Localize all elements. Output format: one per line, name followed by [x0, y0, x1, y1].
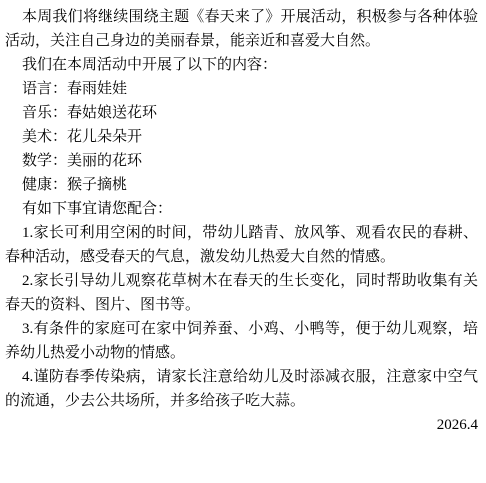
document-date: 2026.4 — [5, 413, 478, 437]
subject-label: 语言 — [22, 81, 52, 97]
subject-line-music: 音乐：春姑娘送花环 — [5, 101, 478, 125]
cooperation-item-2: 2.家长引导幼儿观察花草树木在春天的生长变化，同时帮助收集有关春天的资料、图片、… — [5, 269, 478, 317]
subject-colon: ： — [52, 105, 67, 121]
cooperation-item-4: 4.谨防春季传染病，请家长注意给幼儿及时添减衣服，注意家中空气的流通，少去公共场… — [5, 365, 478, 413]
subject-title: 猴子摘桃 — [67, 177, 127, 193]
subject-colon: ： — [52, 81, 67, 97]
subject-label: 数学 — [22, 153, 52, 169]
subject-colon: ： — [52, 129, 67, 145]
subject-label: 美术 — [22, 129, 52, 145]
subject-colon: ： — [52, 177, 67, 193]
subject-title: 春姑娘送花环 — [67, 105, 157, 121]
weekly-notice-document: 本周我们将继续围绕主题《春天来了》开展活动，积极参与各种体验活动，关注自己身边的… — [0, 0, 486, 483]
subject-label: 健康 — [22, 177, 52, 193]
subject-line-art: 美术：花儿朵朵开 — [5, 125, 478, 149]
subject-line-language: 语言：春雨娃娃 — [5, 77, 478, 101]
cooperation-intro-line: 有如下事宜请您配合： — [5, 197, 478, 221]
subject-title: 美丽的花环 — [67, 153, 142, 169]
cooperation-item-3: 3.有条件的家庭可在家中饲养蚕、小鸡、小鸭等，便于幼儿观察，培养幼儿热爱小动物的… — [5, 317, 478, 365]
content-intro-line: 我们在本周活动中开展了以下的内容： — [5, 53, 478, 77]
subject-colon: ： — [52, 153, 67, 169]
cooperation-item-1: 1.家长可利用空闲的时间，带幼儿踏青、放风筝、观看农民的春耕、春种活动，感受春天… — [5, 221, 478, 269]
subject-label: 音乐 — [22, 105, 52, 121]
intro-paragraph: 本周我们将继续围绕主题《春天来了》开展活动，积极参与各种体验活动，关注自己身边的… — [5, 5, 478, 53]
subject-title: 春雨娃娃 — [67, 81, 127, 97]
subject-line-math: 数学：美丽的花环 — [5, 149, 478, 173]
subject-title: 花儿朵朵开 — [67, 129, 142, 145]
subject-line-health: 健康：猴子摘桃 — [5, 173, 478, 197]
